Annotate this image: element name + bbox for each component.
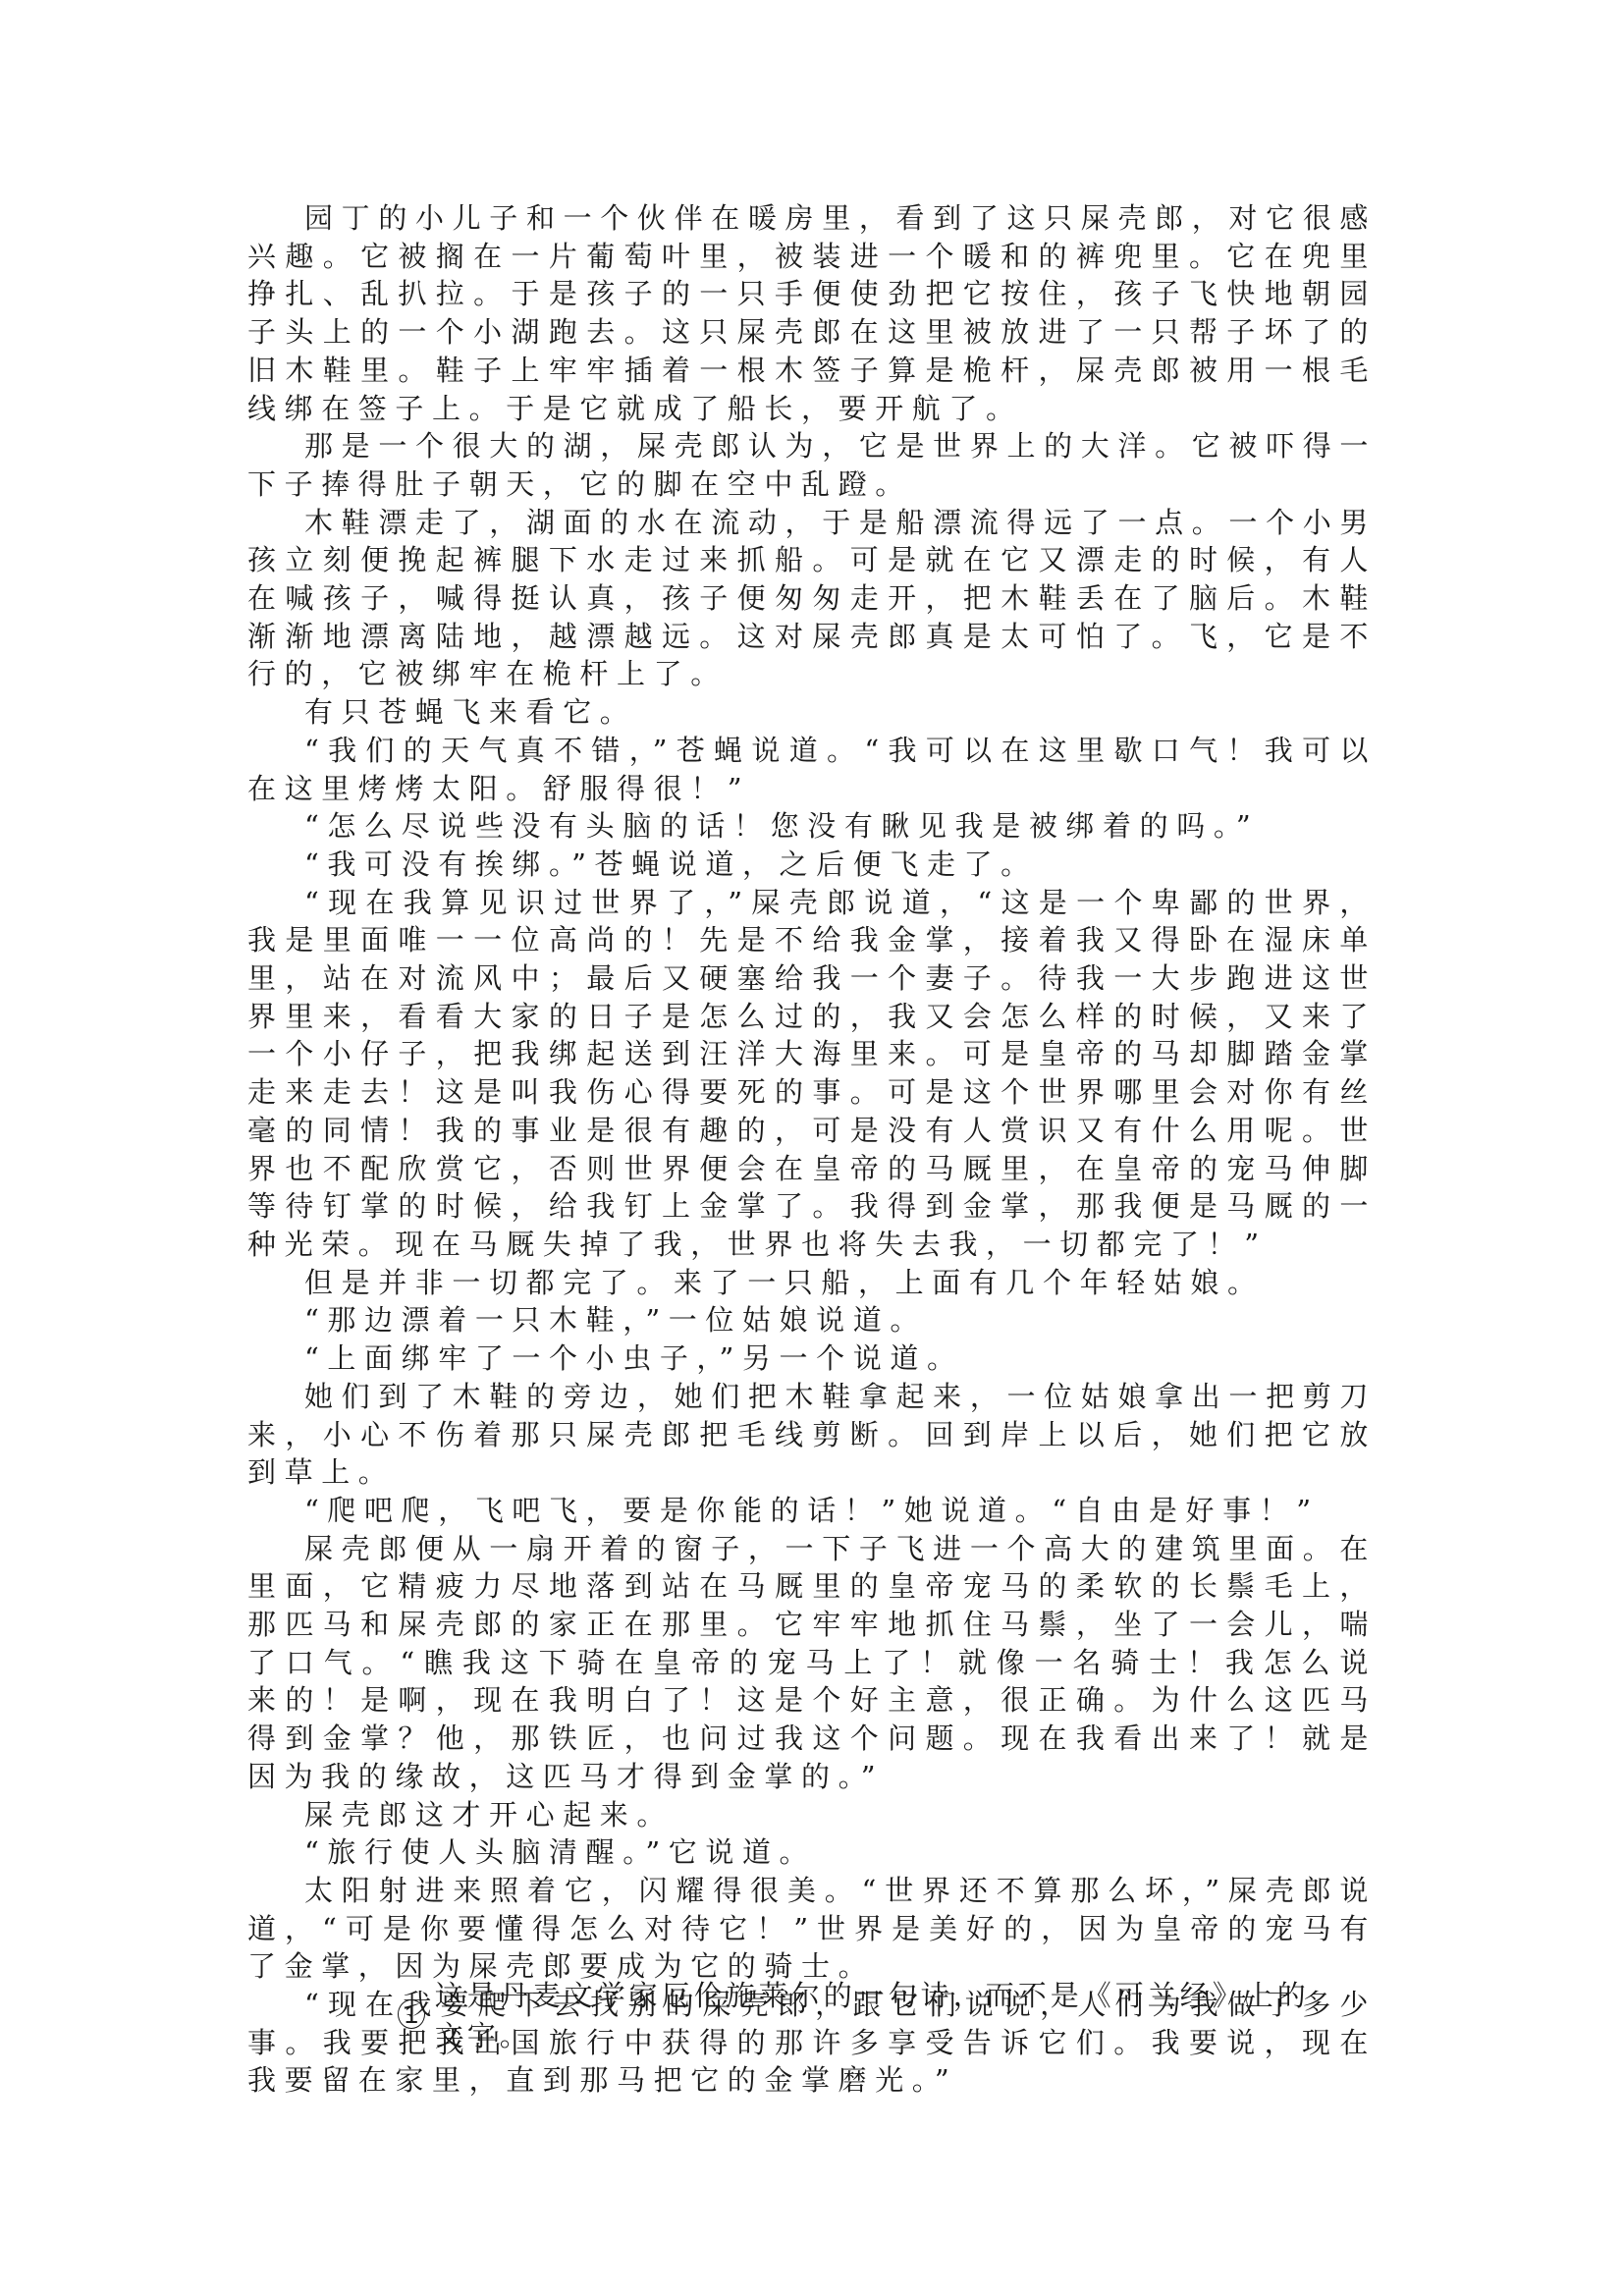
- paragraph: “我可没有挨绑。”苍蝇说道，之后便飞走了。: [247, 846, 1377, 884]
- paragraph: 但是并非一切都完了。来了一只船，上面有几个年轻姑娘。: [247, 1264, 1377, 1302]
- paragraph: 屎壳郎这才开心起来。: [247, 1796, 1377, 1834]
- paragraph: “我们的天气真不错，”苍蝇说道。“我可以在这里歇口气！我可以在这里烤烤太阳。舒服…: [247, 732, 1377, 807]
- paragraph: 太阳射进来照着它，闪耀得很美。“世界还不算那么坏，”屎壳郎说道，“可是你要懂得怎…: [247, 1872, 1377, 1986]
- paragraph: “旅行使人头脑清醒。”它说道。: [247, 1833, 1377, 1872]
- paragraph: 屎壳郎便从一扇开着的窗子，一下子飞进一个高大的建筑里面。在里面，它精疲力尽地落到…: [247, 1530, 1377, 1796]
- paragraph: 那是一个很大的湖，屎壳郎认为，它是世界上的大洋。它被吓得一下子捧得肚子朝天，它的…: [247, 427, 1377, 503]
- footnote: 1 这是丹麦文学家厄伦施莱尔的一句诗，而不是《可兰经》上的文字。: [398, 1974, 1330, 2054]
- document-body: 园丁的小儿子和一个伙伴在暖房里，看到了这只屎壳郎，对它很感兴趣。它被搁在一片葡萄…: [247, 199, 1377, 2100]
- footnote-text: 这是丹麦文学家厄伦施莱尔的一句诗，而不是《可兰经》上的文字。: [435, 1974, 1330, 2054]
- paragraph: “上面绑牢了一个小虫子，”另一个说道。: [247, 1339, 1377, 1378]
- footnote-number-circle-icon: 1: [398, 1999, 425, 2029]
- paragraph: 园丁的小儿子和一个伙伴在暖房里，看到了这只屎壳郎，对它很感兴趣。它被搁在一片葡萄…: [247, 199, 1377, 427]
- paragraph: “那边漂着一只木鞋，”一位姑娘说道。: [247, 1301, 1377, 1339]
- paragraph: 木鞋漂走了，湖面的水在流动，于是船漂流得远了一点。一个小男孩立刻便挽起裤腿下水走…: [247, 504, 1377, 694]
- paragraph: “爬吧爬，飞吧飞，要是你能的话！”她说道。“自由是好事！”: [247, 1492, 1377, 1530]
- paragraph: 她们到了木鞋的旁边，她们把木鞋拿起来，一位姑娘拿出一把剪刀来，小心不伤着那只屎壳…: [247, 1378, 1377, 1492]
- paragraph: “现在我算见识过世界了，”屎壳郎说道，“这是一个卑鄙的世界，我是里面唯一一位高尚…: [247, 884, 1377, 1264]
- paragraph: “怎么尽说些没有头脑的话！您没有瞅见我是被绑着的吗。”: [247, 807, 1377, 846]
- paragraph: 有只苍蝇飞来看它。: [247, 693, 1377, 732]
